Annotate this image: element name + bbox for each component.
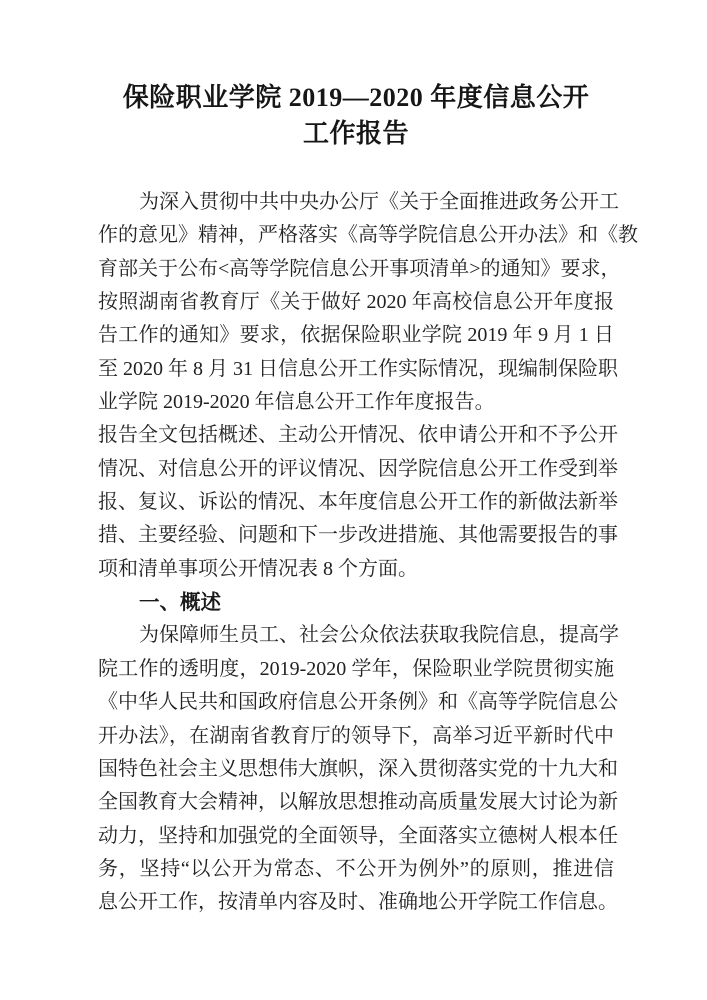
body-line: 动力，坚持和加强党的全面领导，全面落实立德树人根本任 <box>98 820 614 853</box>
body-line: 报告全文包括概述、主动公开情况、依申请公开和不予公开 <box>98 419 614 452</box>
body-line: 情况、对信息公开的评议情况、因学院信息公开工作受到举 <box>98 453 614 486</box>
body-line: 开办法》，在湖南省教育厅的领导下，高举习近平新时代中 <box>98 720 614 753</box>
body-line: 为深入贯彻中共中央办公厅《关于全面推进政务公开工 <box>98 186 614 219</box>
paragraph-intro: 为深入贯彻中共中央办公厅《关于全面推进政务公开工 作的意见》精神，严格落实《高等… <box>98 186 614 419</box>
body-line: 全国教育大会精神，以解放思想推动高质量发展大讨论为新 <box>98 786 614 819</box>
body-line: 措、主要经验、问题和下一步改进措施、其他需要报告的事 <box>98 519 614 552</box>
section-heading-overview: 一、概述 <box>98 586 614 619</box>
body-line: 院工作的透明度，2019-2020 学年，保险职业学院贯彻实施 <box>98 653 614 686</box>
title-line-1: 保险职业学院 2019—2020 年度信息公开 <box>98 80 614 116</box>
body-line: 项和清单事项公开情况表 8 个方面。 <box>98 553 614 586</box>
body-line: 《中华人民共和国政府信息公开条例》和《高等学院信息公 <box>98 686 614 719</box>
paragraph-scope: 报告全文包括概述、主动公开情况、依申请公开和不予公开 情况、对信息公开的评议情况… <box>98 419 614 586</box>
body-line: 作的意见》精神，严格落实《高等学院信息公开办法》和《教 <box>98 219 614 252</box>
document-title: 保险职业学院 2019—2020 年度信息公开 工作报告 <box>98 80 614 152</box>
title-line-2: 工作报告 <box>98 116 614 152</box>
body-line: 报、复议、诉讼的情况、本年度信息公开工作的新做法新举 <box>98 486 614 519</box>
body-line: 息公开工作，按清单内容及时、准确地公开学院工作信息。 <box>98 886 614 919</box>
body-line: 按照湖南省教育厅《关于做好 2020 年高校信息公开年度报 <box>98 286 614 319</box>
document-page: 保险职业学院 2019—2020 年度信息公开 工作报告 为深入贯彻中共中央办公… <box>0 0 707 1000</box>
document-body: 为深入贯彻中共中央办公厅《关于全面推进政务公开工 作的意见》精神，严格落实《高等… <box>98 186 614 920</box>
body-line: 为保障师生员工、社会公众依法获取我院信息，提高学 <box>98 619 614 652</box>
body-line: 育部关于公布<高等学院信息公开事项清单>的通知》要求， <box>98 253 614 286</box>
body-line: 至 2020 年 8 月 31 日信息公开工作实际情况，现编制保险职 <box>98 353 614 386</box>
body-line: 国特色社会主义思想伟大旗帜，深入贯彻落实党的十九大和 <box>98 753 614 786</box>
body-line: 务，坚持“以公开为常态、不公开为例外”的原则，推进信 <box>98 853 614 886</box>
body-line: 业学院 2019-2020 年信息公开工作年度报告。 <box>98 386 614 419</box>
body-line: 告工作的通知》要求，依据保险职业学院 2019 年 9 月 1 日 <box>98 319 614 352</box>
paragraph-overview: 为保障师生员工、社会公众依法获取我院信息，提高学 院工作的透明度，2019-20… <box>98 619 614 919</box>
